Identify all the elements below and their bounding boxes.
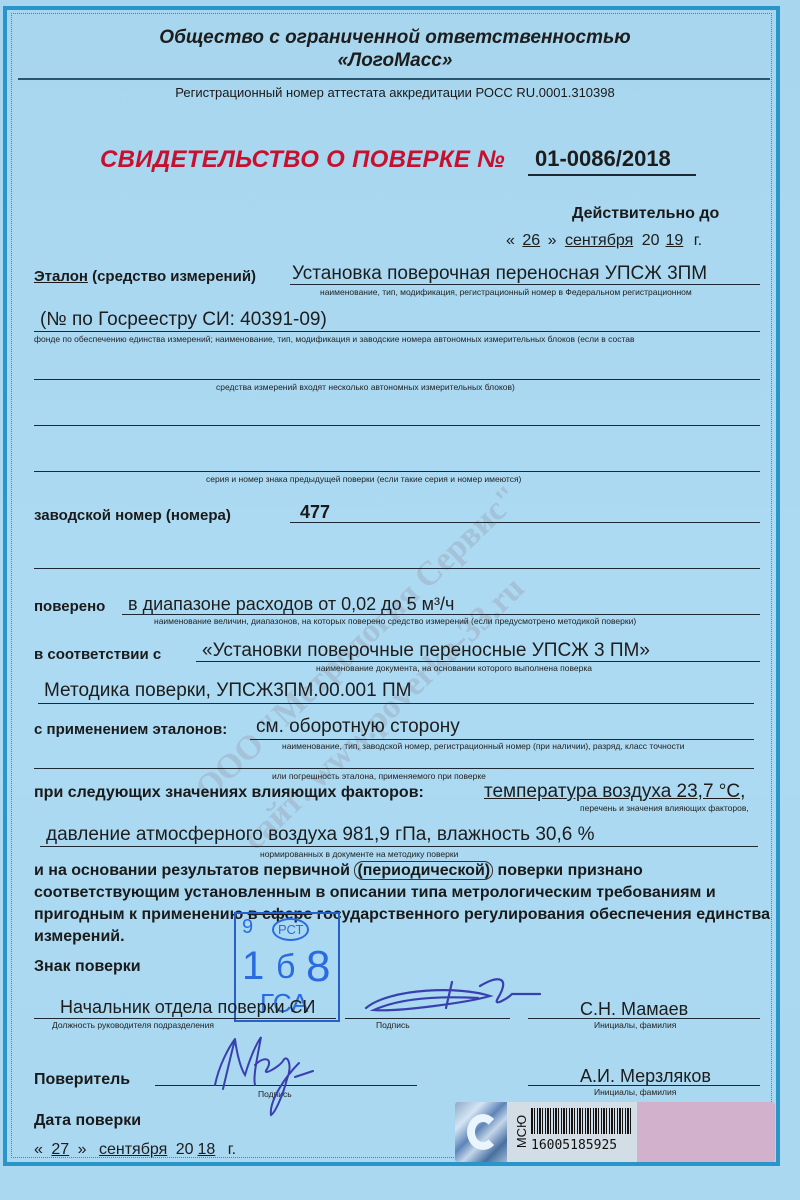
valid-close-quote: » — [548, 232, 557, 249]
etalon-hint-1: наименование, тип, модификация, регистра… — [320, 287, 692, 297]
accordance-underline — [196, 661, 760, 662]
stamp-right-number: 8 — [306, 942, 330, 992]
sticker-pink-area — [637, 1102, 775, 1162]
certificate-number-underline — [528, 174, 696, 176]
conclusion-periodic: (периодической) — [354, 861, 493, 880]
valid-year-suffix: 19 — [660, 232, 690, 249]
etalon-registry-number: (№ по Госреестру СИ: 40391-09) — [40, 309, 327, 331]
verification-date: « 27 » сентября 2018 г. — [34, 1141, 236, 1159]
blank-line-4 — [34, 568, 760, 569]
head-name: С.Н. Мамаев — [580, 999, 688, 1020]
barcode-icon — [531, 1108, 631, 1134]
standards-hint-1: наименование, тип, заводской номер, реги… — [282, 741, 684, 751]
date-close-quote: » — [78, 1141, 87, 1158]
hologram-c-logo-icon — [467, 1114, 499, 1150]
verification-date-label: Дата поверки — [34, 1112, 141, 1130]
inner-border — [11, 13, 772, 1158]
head-position-underline — [34, 1018, 336, 1019]
head-position-hint: Должность руководителя подразделения — [52, 1020, 214, 1030]
factors-temperature: температура воздуха 23,7 °С, — [484, 781, 745, 803]
factors-hint-2: нормированных в документе на методику по… — [260, 849, 458, 859]
barcode-panel: МСЮ 16005185925 — [507, 1102, 637, 1162]
standards-label: с применением эталонов: — [34, 721, 227, 738]
head-signature-line — [345, 1018, 510, 1019]
valid-day: 26 — [519, 232, 543, 249]
accordance-methodology: Методика поверки, УПСЖ3ПМ.00.001 ПМ — [44, 680, 411, 702]
blank-line-5 — [34, 768, 754, 769]
stamp-mid-char: б — [276, 948, 295, 987]
certificate-number: 01-0086/2018 — [535, 146, 671, 172]
serial-label: заводской номер (номера) — [34, 507, 231, 524]
standards-value: см. оборотную сторону — [256, 716, 460, 738]
head-name-underline — [528, 1018, 760, 1019]
etalon-label-main: Эталон — [34, 268, 88, 285]
conclusion-part1: и на основании результатов первичной — [34, 862, 354, 879]
date-year-unit: г. — [228, 1141, 236, 1158]
barcode-number: 16005185925 — [531, 1138, 617, 1153]
mark-label: Знак поверки — [34, 958, 141, 976]
head-name-hint: Инициалы, фамилия — [594, 1020, 676, 1030]
standards-hint-2: или погрешность эталона, применяемого пр… — [272, 771, 486, 781]
head-signature-hint: Подпись — [376, 1020, 410, 1030]
valid-open-quote: « — [506, 232, 515, 249]
etalon-registry-underline — [34, 331, 760, 332]
standards-underline — [250, 739, 754, 740]
methodology-underline — [38, 703, 754, 704]
valid-until-date: « 26 » сентября 2019 г. — [506, 232, 702, 250]
etalon-underline — [290, 284, 760, 285]
serial-value: 477 — [300, 502, 330, 523]
org-name-line1: Общество с ограниченной ответственностью — [0, 27, 790, 49]
date-day: 27 — [47, 1141, 73, 1158]
factors-pressure-humidity: давление атмосферного воздуха 981,9 гПа,… — [46, 824, 594, 846]
verifier-name: А.И. Мерзляков — [580, 1066, 711, 1087]
valid-until-label: Действительно до — [572, 205, 719, 223]
date-open-quote: « — [34, 1141, 43, 1158]
date-month: сентября — [91, 1141, 171, 1158]
stamp-top-number: 9 — [242, 916, 253, 939]
valid-year-unit: г. — [694, 232, 702, 249]
etalon-hint-4: серия и номер знака предыдущей поверки (… — [206, 474, 521, 484]
verified-hint: наименование величин, диапазонов, на кот… — [154, 616, 636, 626]
header-divider — [18, 78, 770, 80]
verified-label: поверено — [34, 598, 105, 615]
verifier-name-hint: Инициалы, фамилия — [594, 1087, 676, 1097]
stamp-rst-logo: РСТ — [272, 918, 309, 941]
hologram — [455, 1102, 507, 1162]
conclusion-text: и на основании результатов первичной (пе… — [34, 860, 774, 948]
verified-underline — [122, 614, 760, 615]
factors-underline — [40, 846, 758, 847]
certificate-title: СВИДЕТЕЛЬСТВО О ПОВЕРКЕ № — [100, 146, 505, 174]
sticker-code-label: МСЮ — [514, 1115, 529, 1148]
date-year-prefix: 20 — [176, 1141, 194, 1158]
verifier-signature-hint: Подпись — [258, 1089, 292, 1099]
factors-label: при следующих значениях влияющих факторо… — [34, 784, 424, 802]
factors-hint-1: перечень и значения влияющих факторов, — [580, 803, 749, 813]
accordance-hint: наименование документа, на основании кот… — [316, 663, 592, 673]
etalon-label-rest: (средство измерений) — [92, 268, 256, 285]
verified-value: в диапазоне расходов от 0,02 до 5 м³/ч — [128, 594, 454, 615]
blank-line-1 — [34, 379, 760, 380]
valid-year-prefix: 20 — [642, 232, 660, 249]
verification-sticker: МСЮ 16005185925 — [455, 1102, 775, 1162]
etalon-hint-3: средства измерений входят несколько авто… — [216, 382, 515, 392]
serial-underline — [290, 522, 760, 523]
blank-line-2 — [34, 425, 760, 426]
verifier-name-underline — [528, 1085, 760, 1086]
date-year-suffix: 18 — [194, 1141, 224, 1158]
blank-line-3 — [34, 471, 760, 472]
etalon-hint-2: фонде по обеспечению единства измерений;… — [34, 334, 634, 344]
verifier-label: Поверитель — [34, 1071, 130, 1089]
stamp-left-number: 1 — [242, 944, 264, 989]
verifier-signature-line — [155, 1085, 417, 1086]
accreditation-number: Регистрационный номер аттестата аккредит… — [0, 85, 790, 100]
accordance-document: «Установки поверочные переносные УПСЖ 3 … — [202, 640, 650, 662]
etalon-value: Установка поверочная переносная УПСЖ 3ПМ — [292, 263, 707, 285]
org-name-line2: «ЛогоМасс» — [0, 50, 790, 72]
head-position: Начальник отдела поверки СИ — [60, 997, 315, 1018]
accordance-label: в соответствии с — [34, 646, 161, 663]
certificate-page: ООО "Метрология Сервис" сайт: www.poverk… — [0, 0, 800, 1200]
etalon-label: Эталон (средство измерений) — [34, 268, 256, 285]
valid-month: сентября — [561, 232, 637, 249]
